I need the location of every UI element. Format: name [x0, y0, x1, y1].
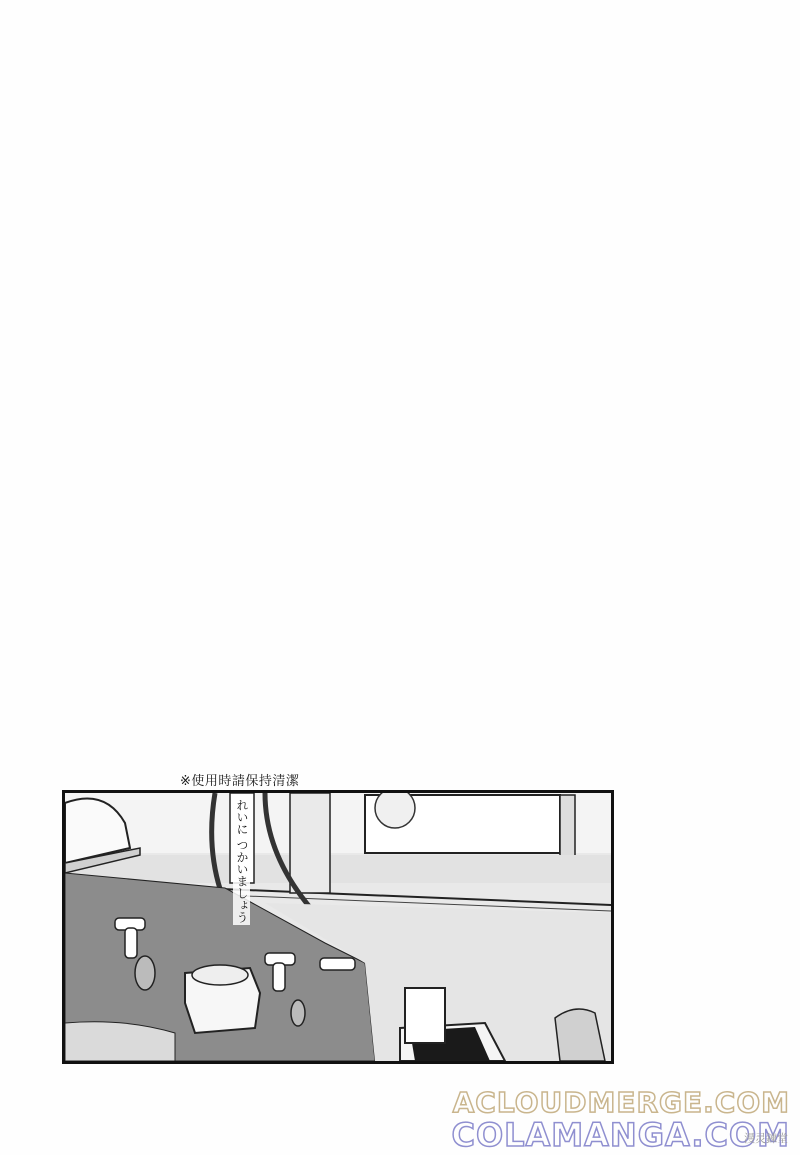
manga-page: ※使用時請保持清潔 [0, 0, 800, 1155]
manga-panel: れいに つかいましょう [62, 790, 614, 1064]
watermark-colamanga: COLAMANGA.COM [451, 1116, 790, 1154]
panel-illustration [65, 793, 611, 1061]
watermark-acloudmerge: ACLOUDMERGE.COM [453, 1086, 790, 1119]
watermark-small-text: 漫灵鍊堂 [744, 1130, 788, 1146]
cleanliness-sign: れいに つかいましょう [233, 797, 250, 925]
translator-note: ※使用時請保持清潔 [180, 770, 299, 789]
